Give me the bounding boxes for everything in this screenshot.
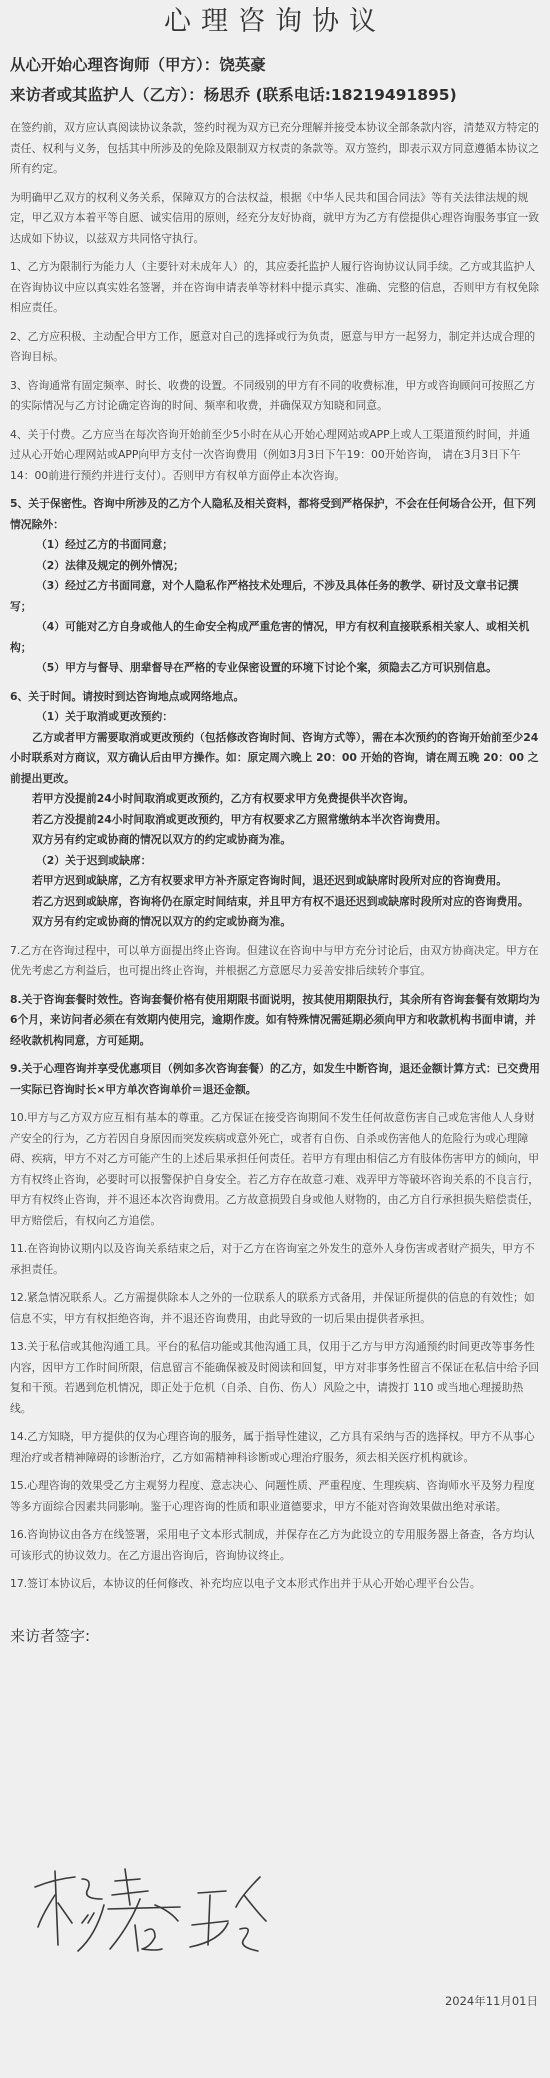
clause-5-item: （1）经过乙方的书面同意； bbox=[10, 535, 540, 556]
clause-17: 17.签订本协议后，本协议的任何修改、补充均应以电子文本形式作出并于从心开始心理… bbox=[10, 1574, 540, 1595]
clause-3: 3、咨询通常有固定频率、时长、收费的设置。不同级别的甲方有不同的收费标准，甲方或… bbox=[10, 376, 540, 417]
clause-6-sub1-line: 若乙方没提前24小时间取消或更改预约，甲方有权要求乙方照常缴纳本半次咨询费用。 bbox=[10, 810, 540, 831]
document-title: 心理咨询协议 bbox=[10, 0, 540, 44]
clause-10: 10.甲方与乙方双方应互相有基本的尊重。乙方保证在接受咨询期间不发生任何故意伤害… bbox=[10, 1108, 540, 1231]
clause-1: 1、乙方为限制行为能力人（主要针对未成年人）的，其应委托监护人履行咨询协议认同手… bbox=[10, 257, 540, 319]
clause-15: 15.心理咨询的效果受乙方主观努力程度、意志决心、问题性质、严重程度、生理疾病、… bbox=[10, 1476, 540, 1517]
clause-6-sub1-line: 乙方或者甲方需要取消或更改预约（包括修改咨询时间、咨询方式等），需在本次预约的咨… bbox=[10, 728, 540, 790]
clause-9: 9.关于心理咨询并享受优惠项目（例如多次咨询套餐）的乙方，如发生中断咨询，退还金… bbox=[10, 1059, 540, 1100]
clause-13: 13.关于私信或其他沟通工具。平台的私信功能或其他沟通工具，仅用于乙方与甲方沟通… bbox=[10, 1337, 540, 1419]
clause-12: 12.紧急情况联系人。乙方需提供除本人之外的一位联系人的联系方式备用，并保证所提… bbox=[10, 1288, 540, 1329]
clause-5-item: （4）可能对乙方自身或他人的生命安全构成严重危害的情况，甲方有权利直接联系相关家… bbox=[10, 617, 540, 658]
clause-4: 4、关于付费。乙方应当在每次咨询开始前至少5小时在从心开始心理网站或APP上或人… bbox=[10, 425, 540, 487]
clause-5-item: （5）甲方与督导、朋辈督导在严格的专业保密设置的环境下讨论个案，须隐去乙方可识别… bbox=[10, 658, 540, 679]
clause-16: 16.咨询协议由各方在线签署，采用电子文本形式制成，并保存在乙方为此设立的专用服… bbox=[10, 1525, 540, 1566]
clause-7: 7.乙方在咨询过程中，可以单方面提出终止咨询。但建议在咨询中与甲方充分讨论后，由… bbox=[10, 941, 540, 982]
clause-6-head: 6、关于时间。请按时到达咨询地点或网络地点。 bbox=[10, 687, 540, 708]
clause-8: 8.关于咨询套餐时效性。咨询套餐价格有使用期限书面说明，按其使用期限执行，其余所… bbox=[10, 990, 540, 1052]
clause-6-sub2-title: （2）关于迟到或缺席： bbox=[10, 851, 540, 872]
clause-11: 11.在咨询协议期内以及咨询关系结束之后，对于乙方在咨询室之外发生的意外人身伤害… bbox=[10, 1239, 540, 1280]
party-a: 从心开始心理咨询师（甲方）：饶英豪 bbox=[10, 50, 540, 80]
clause-5-item: （3）经过乙方书面同意，对个人隐私作严格技术处理后，不涉及具体任务的教学、研讨及… bbox=[10, 576, 540, 617]
clause-6-sub2-line: 双方另有约定或协商的情况以双方的约定或协商为准。 bbox=[10, 912, 540, 933]
clause-6-sub1-title: （1）关于取消或更改预约： bbox=[10, 707, 540, 728]
clause-6-sub1-line: 若甲方没提前24小时间取消或更改预约，乙方有权要求甲方免费提供半次咨询。 bbox=[10, 789, 540, 810]
intro-paragraph-1: 在签约前，双方应认真阅读协议条款，签约时视为双方已充分理解并接受本协议全部条款内… bbox=[10, 118, 540, 180]
signature-label: 来访者签字: bbox=[10, 1625, 540, 1646]
clause-5-head: 5、关于保密性。咨询中所涉及的乙方个人隐私及相关资料，都将受到严格保护，不会在任… bbox=[10, 494, 540, 535]
agreement-page: 心理咨询协议 从心开始心理咨询师（甲方）：饶英豪 来访者或其监护人（乙方）：杨思… bbox=[0, 0, 550, 2078]
clause-6-sub2-line: 若甲方迟到或缺席，乙方有权要求甲方补齐原定咨询时间，退还迟到或缺席时段所对应的咨… bbox=[10, 871, 540, 892]
intro-paragraph-2: 为明确甲乙双方的权利义务关系，保障双方的合法权益，根据《中华人民共和国合同法》等… bbox=[10, 188, 540, 250]
clause-2: 2、乙方应积极、主动配合甲方工作，愿意对自己的选择或行为负责，愿意与甲方一起努力… bbox=[10, 327, 540, 368]
signing-date: 2024年11月01日 bbox=[445, 1993, 538, 2009]
clause-5-item: （2）法律及规定的例外情况； bbox=[10, 556, 540, 577]
clause-14: 14.乙方知晓，甲方提供的仅为心理咨询的服务，属于指导性建议，乙方具有采纳与否的… bbox=[10, 1427, 540, 1468]
handwritten-signature-image bbox=[30, 1865, 280, 1975]
party-b: 来访者或其监护人（乙方）：杨思乔 (联系电话:18219491895) bbox=[10, 80, 540, 110]
clause-6-sub1-line: 双方另有约定或协商的情况以双方的约定或协商为准。 bbox=[10, 830, 540, 851]
clause-6-sub2-line: 若乙方迟到或缺席，咨询将仍在原定时间结束，并且甲方有权不退还迟到或缺席时段所对应… bbox=[10, 892, 540, 913]
